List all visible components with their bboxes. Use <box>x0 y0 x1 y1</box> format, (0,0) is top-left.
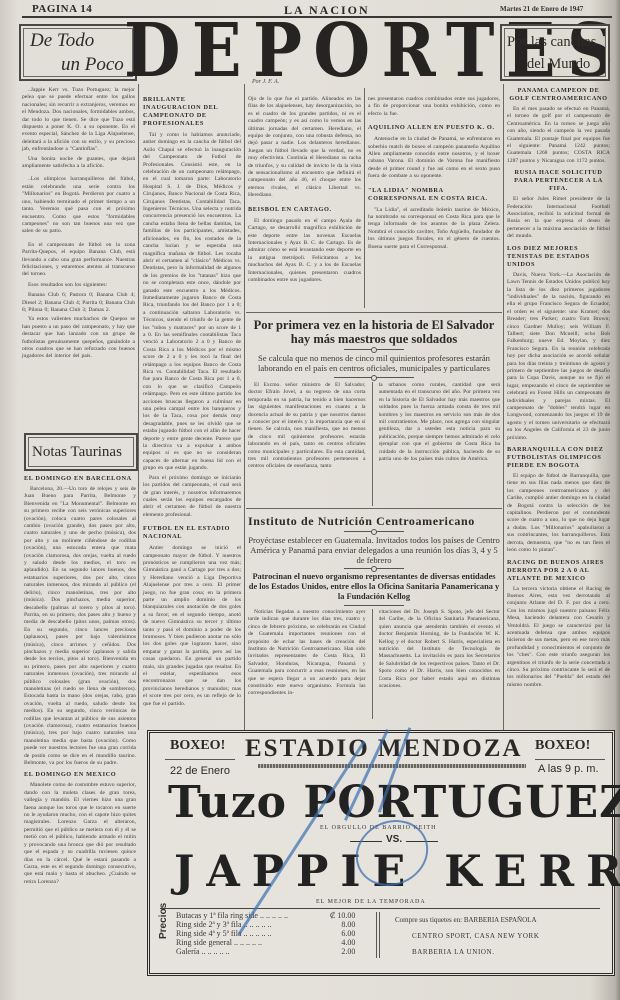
column-divider <box>503 84 504 730</box>
price-value: ₡ 10.00 <box>328 911 357 920</box>
price-row: Ring side 2ª y 3ª fila .. .. .. .. ..8.0… <box>174 920 357 929</box>
paragraph: ..Jappie Kerr vs. Tuzo Portuguez; la mej… <box>22 87 135 154</box>
article-heading: RUSIA HACE SOLICITUD PARA PERTENECER A L… <box>507 169 610 193</box>
center-mid-column: Ojo de lo que fue el partido. Alineados … <box>248 96 361 284</box>
article-heading: EL DOMINGO EN MEXICO <box>24 771 136 779</box>
price-value: 4.00 <box>328 938 357 947</box>
article-divider <box>246 508 502 509</box>
article-body: "La Lidia", el acreditado boletín taurin… <box>368 207 500 251</box>
column-divider <box>244 84 245 730</box>
price-item: Ring side 4ª y 5ª fila .. .. .. .. .. <box>174 929 328 938</box>
article-body: En el mes pasado se efectuó en Panamá, e… <box>507 106 610 165</box>
price-value: 6.00 <box>328 929 357 938</box>
article-deck: Patrocinan el nuevo organismo representa… <box>248 572 500 602</box>
article-body: Para el próximo domingo se iniciarán los… <box>143 475 241 519</box>
short-rule <box>344 605 404 606</box>
left-column: ..Jappie Kerr vs. Tuzo Portuguez; la mej… <box>22 87 135 361</box>
article-headline: Por primera vez en la historia de El Sal… <box>248 318 500 346</box>
nutricion-article: Instituto de Nutrición Centroamericano P… <box>248 514 500 719</box>
article-heading: "LA LIDIA" NOMBRA CORRESPONSAL EN COSTA … <box>368 187 500 203</box>
de-todo-un-poco-box: De Todo un Poco <box>19 24 137 81</box>
article-body: vitaciones del Dr. Joseph S. Spoto, jefe… <box>379 609 501 719</box>
decorative-bar <box>258 764 526 768</box>
article-body: El señor Jules Rimet presidente de la Fe… <box>507 196 610 240</box>
fighter2-nickname: EL MEJOR DE LA TEMPORADA <box>316 899 426 905</box>
boxeo-label-right: BOXEO! <box>535 738 590 754</box>
ticket-outlets-line2: CENTRO SPORT, CASA NEW YORK <box>412 932 539 940</box>
price-rule <box>160 908 600 909</box>
short-rule <box>165 759 235 760</box>
paragraph: Una bonita noche de guantes, que dejará … <box>22 156 135 171</box>
ticket-outlets-line1: Compre sus tiquetes en: BARBERIA ESPAÑOL… <box>395 916 537 924</box>
center-right-column: nes presentaron cuadros combinados entre… <box>368 96 500 251</box>
article-body: Antier domingo se inició el campeonato m… <box>143 545 241 708</box>
newspaper-page: PAGINA 14 LA NACION Martes 21 de Enero d… <box>0 0 620 1000</box>
article-heading: BRILLANTE INAUGURACION DEL CAMPEONATO DE… <box>143 96 241 128</box>
price-value: 8.00 <box>328 920 357 929</box>
article-body: Antenoche en la ciudad de Panamá, se enf… <box>368 136 500 180</box>
paragraph: Esos resultados son los siguientes: <box>22 282 135 289</box>
box-title: Notas Taurinas <box>32 441 122 463</box>
salvador-article: Por primera vez en la historia de El Sal… <box>248 318 500 506</box>
boxing-advertisement: BOXEO! ESTADIO MENDOZA BOXEO! 22 de Ener… <box>147 730 615 976</box>
article-headline: Instituto de Nutrición Centroamericano <box>248 514 500 528</box>
article-body: El equipo de fútbol de Barranquilla, que… <box>507 473 610 554</box>
price-item: Ring side 2ª y 3ª fila .. .. .. .. .. <box>174 920 328 929</box>
paragraph: En el campeonato de fútbol en la zona Pa… <box>22 242 135 279</box>
box-title-line1: Por las canchas <box>507 31 596 53</box>
price-row: Galería .. .. .. .. ..2.00 <box>174 947 357 956</box>
article-heading: BARRANQUILLA CON DIEZ FUTBOLISTAS OLIMPI… <box>507 446 610 470</box>
price-divider <box>379 912 380 958</box>
paragraph: Banana Club 6; Pastora 0; Banana Club 4;… <box>22 292 135 314</box>
taurinas-column: EL DOMINGO EN BARCELONA Barcelona, 20.—U… <box>24 475 136 886</box>
ornament-divider <box>344 568 404 569</box>
article-divider <box>246 312 502 313</box>
article-body: Noticias llegadas a nuestro conocimiento… <box>248 609 366 719</box>
short-rule <box>535 759 605 760</box>
column-divider <box>364 88 365 308</box>
box-title-line2: un Poco <box>61 54 124 76</box>
por-las-canchas-box: Por las canchas del Mundo <box>500 24 610 81</box>
ornament-divider <box>344 531 404 532</box>
article-deck: Proyéctase establecer en Guatemala. Invi… <box>248 535 500 565</box>
article-body: la urbanos como rurales, cantidad que se… <box>379 382 501 506</box>
article-body: El Excmo. señor ministro de El Salvador,… <box>248 382 366 506</box>
article-body: nes presentaron cuadros combinados entre… <box>368 96 500 118</box>
article-body: Tal y como lo habíamos anunciado, antier… <box>143 132 241 473</box>
article-heading: PANAMA CAMPEON DE GOLF CENTROAMERICANO <box>507 87 610 103</box>
article-heading: AQUILINO ALLEN EN PUESTO K. O. <box>368 124 500 132</box>
event-date: 22 de Enero <box>170 765 230 777</box>
ornament-divider <box>334 377 414 378</box>
column-divider <box>138 84 139 730</box>
price-row: Ring side 4ª y 5ª fila .. .. .. .. ..6.0… <box>174 929 357 938</box>
price-row: Butacas y 1ª fila ring side .. .. .. .. … <box>174 911 357 920</box>
article-body: Ojo de lo que fue el partido. Alineados … <box>248 96 361 200</box>
article-body: Manolete como de costumbre estuvo superi… <box>24 782 136 886</box>
ornament-divider <box>344 349 404 350</box>
article-heading: LOS DIEZ MEJORES TENISTAS DE ESTADOS UNI… <box>507 245 610 269</box>
pen-stroke-annotation <box>238 741 366 936</box>
byline: Por J. F. A. <box>252 79 279 85</box>
article-body: Davis, Nueva York.—La Asociación de Lawn… <box>507 272 610 442</box>
paragraph: ..Los olímpicos barranquilleros del fútb… <box>22 176 135 235</box>
article-body: La tercera victoria obtiene el Racing de… <box>507 586 610 690</box>
price-table: Butacas y 1ª fila ring side .. .. .. .. … <box>174 911 357 956</box>
ticket-outlets-line3: BARBERIA LA UNION. <box>412 948 495 956</box>
article-heading: FUTBOL EN EL ESTADIO NACIONAL <box>143 525 241 541</box>
price-row: Ring side general .. .. .. .. ..4.00 <box>174 938 357 947</box>
paragraph: Ya estos valientes muchachos de Quepos s… <box>22 316 135 360</box>
article-body: El domingo pasado en el campo Ayala de C… <box>248 218 361 285</box>
article-heading: BEISBOL EN CARTAGO. <box>248 206 361 214</box>
center-left-column: BRILLANTE INAUGURACION DEL CAMPEONATO DE… <box>143 96 241 708</box>
article-deck: Se calcula que no menos de cinco mil qui… <box>248 353 500 373</box>
right-column: PANAMA CAMPEON DE GOLF CENTROAMERICANO E… <box>507 87 610 727</box>
price-divider <box>376 912 377 958</box>
page-number: PAGINA 14 <box>32 3 92 15</box>
box-title-line2: del Mundo <box>527 53 590 75</box>
notas-taurinas-box: Notas Taurinas <box>24 433 138 471</box>
prices-label: Precios <box>158 903 169 939</box>
event-time: A las 9 p. m. <box>538 763 599 775</box>
box-title-line1: De Todo <box>30 30 94 52</box>
price-item: Galería .. .. .. .. .. <box>174 947 328 956</box>
price-value: 2.00 <box>328 947 357 956</box>
article-heading: EL DOMINGO EN BARCELONA <box>24 475 136 483</box>
article-heading: RACING DE BUENOS AIRES DERROTA POR 2 A 0… <box>507 559 610 583</box>
price-item: Ring side general .. .. .. .. .. <box>174 938 328 947</box>
article-body: Barcelona, 20.—Un toro de relojes y seis… <box>24 486 136 767</box>
boxeo-label-left: BOXEO! <box>170 738 225 754</box>
